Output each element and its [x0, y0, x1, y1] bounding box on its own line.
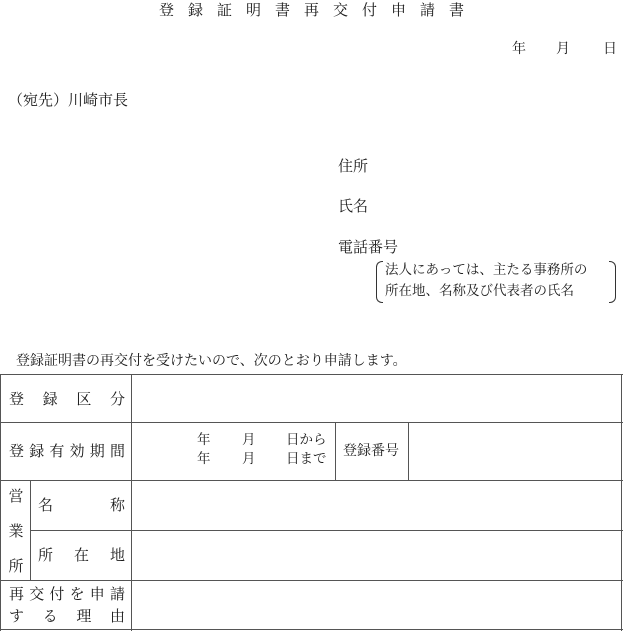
office-name-label: 名 称: [38, 495, 125, 515]
label-char: 録: [29, 441, 44, 461]
table-border-bottom: [0, 629, 623, 630]
label-char: 交: [29, 584, 44, 604]
label-char: る: [43, 606, 58, 626]
label-char: 効: [70, 441, 85, 461]
reason-field[interactable]: [133, 582, 620, 628]
table-rule: [131, 374, 132, 631]
right-bracket-icon: [609, 261, 616, 303]
label-char: 区: [76, 389, 91, 409]
phone-label: 電話番号: [338, 237, 398, 257]
label-char: 登: [9, 389, 24, 409]
label-char: 付: [49, 584, 64, 604]
label-char: 所: [8, 556, 23, 576]
date-day-label: 日: [603, 40, 617, 58]
office-location-label: 所 在 地: [38, 545, 125, 565]
office-name-field[interactable]: [133, 482, 620, 529]
label-char: 期: [90, 441, 105, 461]
label-char: す: [9, 606, 24, 626]
office-location-field[interactable]: [133, 532, 620, 579]
label-char: 名: [38, 495, 53, 515]
address-label: 住所: [338, 156, 368, 176]
corporate-note-line-2: 所在地、名称及び代表者の氏名: [385, 281, 587, 302]
document-title: 登録証明書再交付申請書: [0, 0, 623, 20]
label-char: 営: [8, 486, 23, 506]
to-month-label: 月: [242, 450, 256, 468]
validity-period-label: 登 録 有 効 期 間: [9, 441, 125, 461]
left-bracket-icon: [376, 261, 383, 303]
label-char: 称: [110, 495, 125, 515]
application-intro: 登録証明書の再交付を受けたいので、次のとおり申請します。: [16, 352, 407, 370]
office-group-label: 営 業 所: [6, 486, 26, 576]
label-char: 分: [110, 389, 125, 409]
label-char: 所: [38, 545, 53, 565]
validity-period-field[interactable]: 年 月 日から 年 月 日まで: [133, 431, 333, 471]
to-year-label: 年: [197, 450, 211, 468]
from-day-label: 日から: [286, 431, 327, 449]
to-day-label: 日まで: [286, 450, 327, 468]
reason-label-line-1: 再 交 付 を 申 請: [9, 584, 125, 604]
label-char: を: [70, 584, 85, 604]
date-year-label: 年: [512, 40, 526, 58]
table-rule: [30, 480, 31, 580]
label-char: 在: [74, 545, 89, 565]
label-char: 業: [8, 521, 23, 541]
registration-category-label: 登 録 区 分: [9, 389, 125, 409]
table-border-top: [0, 374, 623, 375]
name-label: 氏名: [338, 196, 368, 216]
table-rule: [0, 480, 623, 481]
table-rule: [335, 422, 336, 480]
table-border-left: [0, 374, 1, 631]
label-char: 地: [110, 545, 125, 565]
table-rule: [0, 580, 623, 581]
from-month-label: 月: [242, 431, 256, 449]
table-border-right: [621, 374, 622, 631]
label-char: 有: [49, 441, 64, 461]
date-month-label: 月: [556, 40, 570, 58]
label-char: 理: [76, 606, 91, 626]
label-char: 再: [9, 584, 24, 604]
label-char: 請: [110, 584, 125, 604]
label-char: 由: [110, 606, 125, 626]
registration-number-field[interactable]: [410, 424, 620, 479]
reason-label-line-2: す る 理 由: [9, 606, 125, 626]
label-char: 録: [43, 389, 58, 409]
corporate-note: 法人にあっては、主たる事務所の 所在地、名称及び代表者の氏名: [376, 259, 612, 303]
label-char: 間: [110, 441, 125, 461]
table-rule: [30, 530, 623, 531]
label-char: 登: [9, 441, 24, 461]
table-rule: [0, 422, 623, 423]
table-rule: [408, 422, 409, 480]
from-year-label: 年: [197, 431, 211, 449]
corporate-note-line-1: 法人にあっては、主たる事務所の: [385, 260, 587, 281]
registration-category-field[interactable]: [133, 376, 620, 421]
addressee: （宛先）川崎市長: [8, 90, 128, 110]
registration-number-label: 登録番号: [343, 442, 399, 460]
label-char: 申: [90, 584, 105, 604]
